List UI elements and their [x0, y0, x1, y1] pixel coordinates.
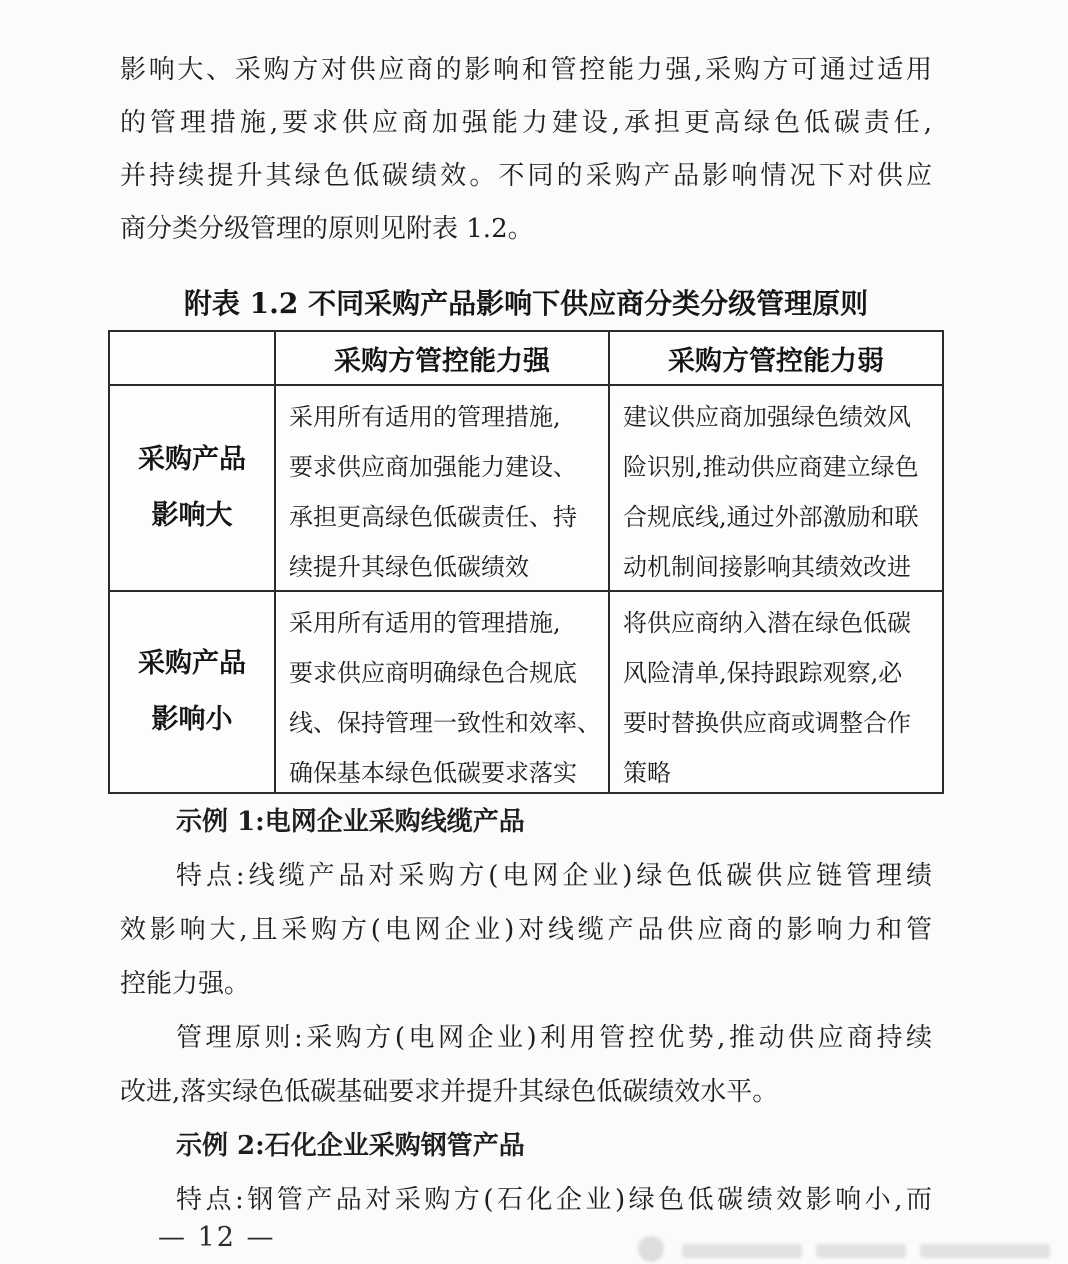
table-header-empty [110, 332, 274, 384]
intro-line: 并持续提升其绿色低碳绩效。不同的采购产品影响情况下对供应 [120, 150, 932, 203]
cell-line: 线、保持管理一致性和效率、 [289, 698, 602, 748]
intro-line: 的管理措施,要求供应商加强能力建设,承担更高绿色低碳责任, [120, 97, 932, 150]
table-header-strong-control: 采购方管控能力强 [274, 332, 608, 384]
table-cell-low-impact-strong: 采用所有适用的管理措施, 要求供应商明确绿色合规底 线、保持管理一致性和效率、 … [274, 590, 608, 792]
row-label-line: 影响小 [152, 692, 233, 748]
cell-line: 采用所有适用的管理措施, [289, 392, 602, 442]
example-2-features-line: 特点:钢管产品对采购方(石化企业)绿色低碳绩效影响小,而 [120, 1173, 932, 1227]
row-label-line: 采购产品 [138, 636, 246, 692]
cell-line: 建议供应商加强绿色绩效风 [623, 392, 936, 442]
table-row-label-high-impact: 采购产品 影响大 [110, 384, 274, 590]
cell-line: 确保基本绿色低碳要求落实 [289, 748, 602, 798]
example-2-heading: 示例 2:石化企业采购钢管产品 [120, 1119, 932, 1173]
intro-line: 商分类分级管理的原则见附表 1.2。 [120, 203, 932, 256]
cell-line: 要时替换供应商或调整合作 [623, 698, 936, 748]
table-cell-high-impact-strong: 采用所有适用的管理措施, 要求供应商加强能力建设、 承担更高绿色低碳责任、持 续… [274, 384, 608, 590]
cell-line: 动机制间接影响其绩效改进 [623, 542, 936, 592]
example-1-features-line: 效影响大,且采购方(电网企业)对线缆产品供应商的影响力和管 [120, 903, 932, 957]
table-cell-high-impact-weak: 建议供应商加强绿色绩效风 险识别,推动供应商建立绿色 合规底线,通过外部激励和联… [608, 384, 942, 590]
cell-line: 险识别,推动供应商建立绿色 [623, 442, 936, 492]
supplier-classification-table: 采购方管控能力强 采购方管控能力弱 采购产品 影响大 采用所有适用的管理措施, … [108, 330, 944, 794]
examples-section: 示例 1:电网企业采购线缆产品 特点:线缆产品对采购方(电网企业)绿色低碳供应链… [120, 795, 932, 1227]
cell-line: 续提升其绿色低碳绩效 [289, 542, 602, 592]
example-1-heading: 示例 1:电网企业采购线缆产品 [120, 795, 932, 849]
cell-line: 承担更高绿色低碳责任、持 [289, 492, 602, 542]
watermark-circle-icon [638, 1236, 664, 1256]
example-1-features-line: 控能力强。 [120, 957, 932, 1011]
row-label-line: 采购产品 [138, 432, 246, 488]
watermark-text-blob [816, 1244, 906, 1256]
table-caption: 附表 1.2 不同采购产品影响下供应商分类分级管理原则 [108, 282, 944, 322]
example-1-principle-line: 改进,落实绿色低碳基础要求并提升其绿色低碳绩效水平。 [120, 1065, 932, 1119]
document-page: 影响大、采购方对供应商的影响和管控能力强,采购方可通过适用 的管理措施,要求供应… [0, 0, 1068, 1256]
cell-line: 采用所有适用的管理措施, [289, 598, 602, 648]
cell-line: 风险清单,保持跟踪观察,必 [623, 648, 936, 698]
watermark-text-blob [682, 1244, 802, 1256]
watermark-logo [638, 1234, 1068, 1256]
table-row-label-low-impact: 采购产品 影响小 [110, 590, 274, 792]
example-1-features-line: 特点:线缆产品对采购方(电网企业)绿色低碳供应链管理绩 [120, 849, 932, 903]
watermark-text-blob [920, 1244, 1050, 1256]
cell-line: 要求供应商加强能力建设、 [289, 442, 602, 492]
row-label-line: 影响大 [152, 488, 233, 544]
intro-paragraph: 影响大、采购方对供应商的影响和管控能力强,采购方可通过适用 的管理措施,要求供应… [120, 44, 932, 256]
cell-line: 将供应商纳入潜在绿色低碳 [623, 598, 936, 648]
intro-line: 影响大、采购方对供应商的影响和管控能力强,采购方可通过适用 [120, 44, 932, 97]
table-cell-low-impact-weak: 将供应商纳入潜在绿色低碳 风险清单,保持跟踪观察,必 要时替换供应商或调整合作 … [608, 590, 942, 792]
cell-line: 要求供应商明确绿色合规底 [289, 648, 602, 698]
example-1-principle-line: 管理原则:采购方(电网企业)利用管控优势,推动供应商持续 [120, 1011, 932, 1065]
table-header-weak-control: 采购方管控能力弱 [608, 332, 942, 384]
page-number: — 12 — [158, 1222, 276, 1253]
cell-line: 策略 [623, 748, 936, 798]
cell-line: 合规底线,通过外部激励和联 [623, 492, 936, 542]
